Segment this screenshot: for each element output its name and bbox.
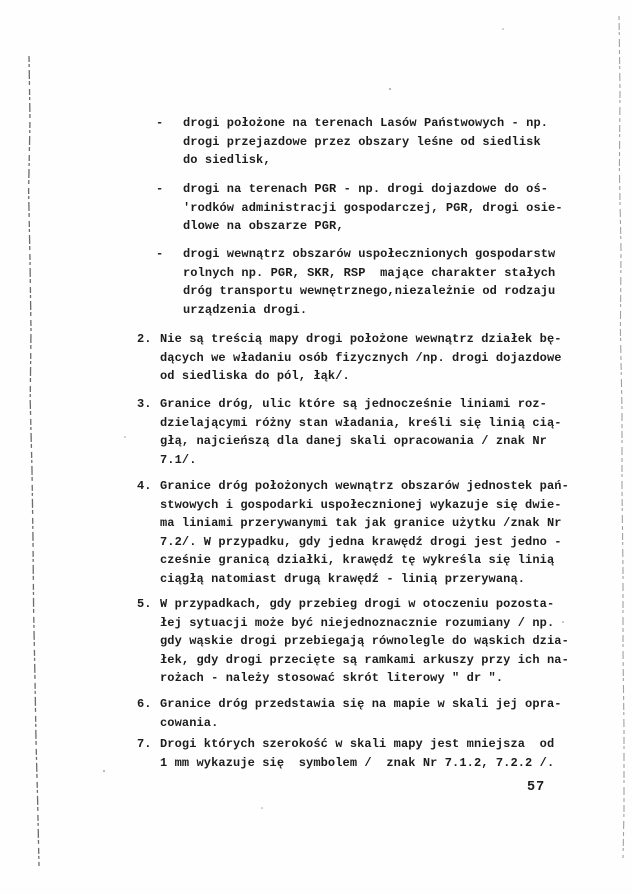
paragraph-lines: Granice dróg, ulic które są jednocześnie… [137,395,587,469]
list-item-block: -drogi na terenach PGR - np. drogi dojaz… [137,180,587,236]
text-line: drogi wewnątrz obszarów uspołecznionych … [183,245,587,264]
text-line: rożach - należy stosować skrót literowy … [160,669,587,688]
list-item-block: 6.Granice dróg przedstawia się na mapie … [137,695,587,732]
text-line: 1 mm wykazuje się symbolem / znak Nr 7.1… [160,754,587,773]
text-line: 7.1/. [160,451,587,470]
text-line: cześnie granicą działki, krawędź tę wykr… [160,551,587,570]
list-marker: - [156,245,163,264]
text-line: cowania. [160,714,587,733]
paragraph-lines: drogi wewnątrz obszarów uspołecznionych … [137,245,587,319]
page-number: 57 [527,780,545,795]
text-line: Granice dróg, ulic które są jednocześnie… [160,395,587,414]
list-marker: 6. [137,695,152,714]
text-line: łej sytuacji może być niejednoznacznie r… [160,614,587,633]
text-line: ciągłą natomiast drugą krawędź - linią p… [160,570,587,589]
text-line: od siedliska do pól, łąk/. [160,367,587,386]
list-marker: 4. [137,477,152,496]
paragraph-lines: Granice dróg położonych wewnątrz obszaró… [137,477,587,589]
list-item-block: 2.Nie są treścią mapy drogi położone wew… [137,330,587,386]
list-marker: 5. [137,595,152,614]
list-marker: - [156,180,163,199]
text-line: W przypadkach, gdy przebieg drogi w otoc… [160,595,587,614]
paragraph-lines: drogi położone na terenach Lasów Państwo… [137,114,587,170]
paragraph-lines: Nie są treścią mapy drogi położone wewną… [137,330,587,386]
scanned-page: -drogi położone na terenach Lasów Państw… [0,0,633,894]
document-text: -drogi położone na terenach Lasów Państw… [0,0,633,894]
list-marker: 2. [137,330,152,349]
paragraph-lines: drogi na terenach PGR - np. drogi dojazd… [137,180,587,236]
text-line: 7.2/. W przypadku, gdy jedna krawędź dro… [160,533,587,552]
text-line: dlowe na obszarze PGR, [183,217,587,236]
list-marker: 7. [137,735,152,754]
text-line: dróg transportu wewnętrznego,niezależnie… [183,282,587,301]
text-line: głą, najcieńszą dla danej skali opracowa… [160,432,587,451]
text-line: Drogi których szerokość w skali mapy jes… [160,735,587,754]
list-item-block: 4.Granice dróg położonych wewnątrz obsza… [137,477,587,589]
text-line: stwowych i gospodarki uspołecznionej wyk… [160,496,587,515]
text-line: rolnych np. PGR, SKR, RSP mające charakt… [183,264,587,283]
text-line: Nie są treścią mapy drogi położone wewną… [160,330,587,349]
text-line: ma liniami przerywanymi tak jak granice … [160,514,587,533]
text-line: Granice dróg przedstawia się na mapie w … [160,695,587,714]
text-line: dących we władaniu osób fizycznych /np. … [160,349,587,368]
list-marker: 3. [137,395,152,414]
list-item-block: 5.W przypadkach, gdy przebieg drogi w ot… [137,595,587,688]
list-item-block: 3.Granice dróg, ulic które są jednocześn… [137,395,587,469]
paragraph-lines: Drogi których szerokość w skali mapy jes… [137,735,587,772]
paragraph-lines: W przypadkach, gdy przebieg drogi w otoc… [137,595,587,688]
text-line: drogi przejazdowe przez obszary leśne od… [183,133,587,152]
text-line: drogi położone na terenach Lasów Państwo… [183,114,587,133]
paragraph-lines: Granice dróg przedstawia się na mapie w … [137,695,587,732]
list-item-block: -drogi położone na terenach Lasów Państw… [137,114,587,170]
text-line: urządzenia drogi. [183,301,587,320]
text-line: Granice dróg położonych wewnątrz obszaró… [160,477,587,496]
text-line: łek, gdy drogi przecięte są ramkami arku… [160,651,587,670]
text-line: drogi na terenach PGR - np. drogi dojazd… [183,180,587,199]
list-marker: - [156,114,163,133]
list-item-block: 7.Drogi których szerokość w skali mapy j… [137,735,587,772]
text-line: 'rodków administracji gospodarczej, PGR,… [183,199,587,218]
text-line: dzielającymi różny stan władania, kreśli… [160,414,587,433]
text-line: gdy wąskie drogi przebiegają równolegle … [160,632,587,651]
list-item-block: -drogi wewnątrz obszarów uspołecznionych… [137,245,587,319]
text-line: do siedlisk, [183,151,587,170]
